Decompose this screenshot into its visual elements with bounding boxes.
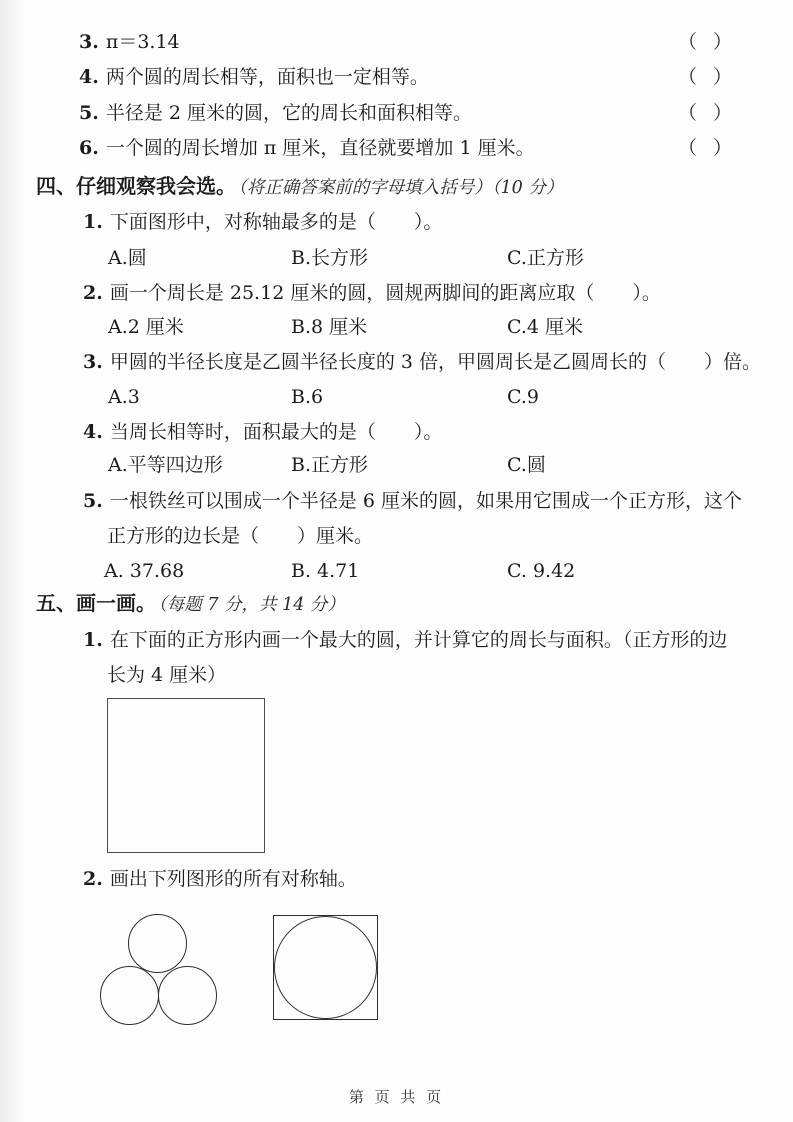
item-text: π＝3.14 (106, 31, 180, 53)
question-number: 3. (83, 351, 103, 373)
option-b: B.8 厘米 (291, 316, 367, 338)
option-b: B.6 (291, 386, 323, 408)
figure-circle-bottom-right (158, 966, 217, 1025)
option-b: B.正方形 (291, 454, 368, 476)
option-a: A.平等四边形 (108, 454, 223, 476)
question-number: 1. (83, 211, 103, 233)
bracket-open: （ (678, 66, 697, 88)
bracket-close: ） (713, 137, 732, 159)
question-text-line1: 在下面的正方形内画一个最大的圆，并计算它的周长与面积。（正方形的边 (110, 629, 728, 651)
item-text: 半径是 2 厘米的圆，它的周长和面积相等。 (106, 102, 472, 124)
worksheet-page: 3.π＝3.14 （） 4.两个圆的周长相等，面积也一定相等。 （） 5.半径是… (0, 0, 793, 1122)
bracket-open: （ (678, 102, 697, 124)
answer-brackets: （） (678, 66, 732, 88)
option-c: C.9 (507, 386, 539, 408)
question-text: 画一个周长是 25.12 厘米的圆，圆规两脚间的距离应取（ ）。 (110, 282, 661, 304)
option-a: A.2 厘米 (108, 316, 184, 338)
figure-circle-top (128, 914, 187, 973)
question-number: 2. (83, 282, 103, 304)
question-text: 下面图形中，对称轴最多的是（ ）。 (110, 211, 443, 233)
question-number: 5. (83, 490, 103, 512)
item-number: 3. (79, 31, 99, 53)
bracket-open: （ (678, 31, 697, 53)
question-text: 画出下列图形的所有对称轴。 (110, 868, 357, 890)
option-a: A. 37.68 (104, 560, 184, 582)
option-b: B. 4.71 (291, 560, 359, 582)
section-note: （将正确答案前的字母填入括号）（10 分） (238, 178, 563, 198)
question-text: 甲圆的半径长度是乙圆半径长度的 3 倍，甲圆周长是乙圆周长的（ ）倍。 (110, 351, 761, 373)
section-title: 五、画一画。 (36, 591, 156, 615)
bracket-close: ） (713, 31, 732, 53)
figure-circle-bottom-left (100, 966, 159, 1025)
option-b: B.长方形 (291, 247, 368, 269)
question-text: 当周长相等时，面积最大的是（ ）。 (110, 421, 443, 443)
page-footer: 第 页 共 页 (0, 1086, 793, 1107)
item-number: 4. (79, 66, 99, 88)
question-number: 2. (83, 868, 103, 890)
bracket-close: ） (713, 102, 732, 124)
drawing-square (107, 698, 265, 853)
option-a: A.圆 (108, 247, 147, 269)
section-note: （每题 7 分，共 14 分） (158, 595, 345, 615)
figure-inscribed-circle (274, 916, 377, 1019)
option-a: A.3 (108, 386, 140, 408)
option-c: C. 9.42 (507, 560, 575, 582)
item-number: 6. (79, 137, 99, 159)
question-text-line1: 一根铁丝可以围成一个半径是 6 厘米的圆，如果用它围成一个正方形，这个 (110, 490, 742, 512)
question-text-line2: 正方形的边长是（ ）厘米。 (107, 525, 373, 547)
item-text: 一个圆的周长增加 π 厘米，直径就要增加 1 厘米。 (106, 137, 535, 159)
bracket-open: （ (678, 137, 697, 159)
option-c: C.正方形 (507, 247, 584, 269)
answer-brackets: （） (678, 31, 732, 53)
question-number: 1. (83, 629, 103, 651)
answer-brackets: （） (678, 137, 732, 159)
section-title: 四、仔细观察我会选。 (36, 174, 236, 198)
answer-brackets: （） (678, 102, 732, 124)
bracket-close: ） (713, 66, 732, 88)
question-text-line2: 长为 4 厘米） (107, 664, 226, 686)
option-c: C.圆 (507, 454, 546, 476)
item-text: 两个圆的周长相等，面积也一定相等。 (106, 66, 429, 88)
item-number: 5. (79, 102, 99, 124)
option-c: C.4 厘米 (507, 316, 583, 338)
question-number: 4. (83, 421, 103, 443)
